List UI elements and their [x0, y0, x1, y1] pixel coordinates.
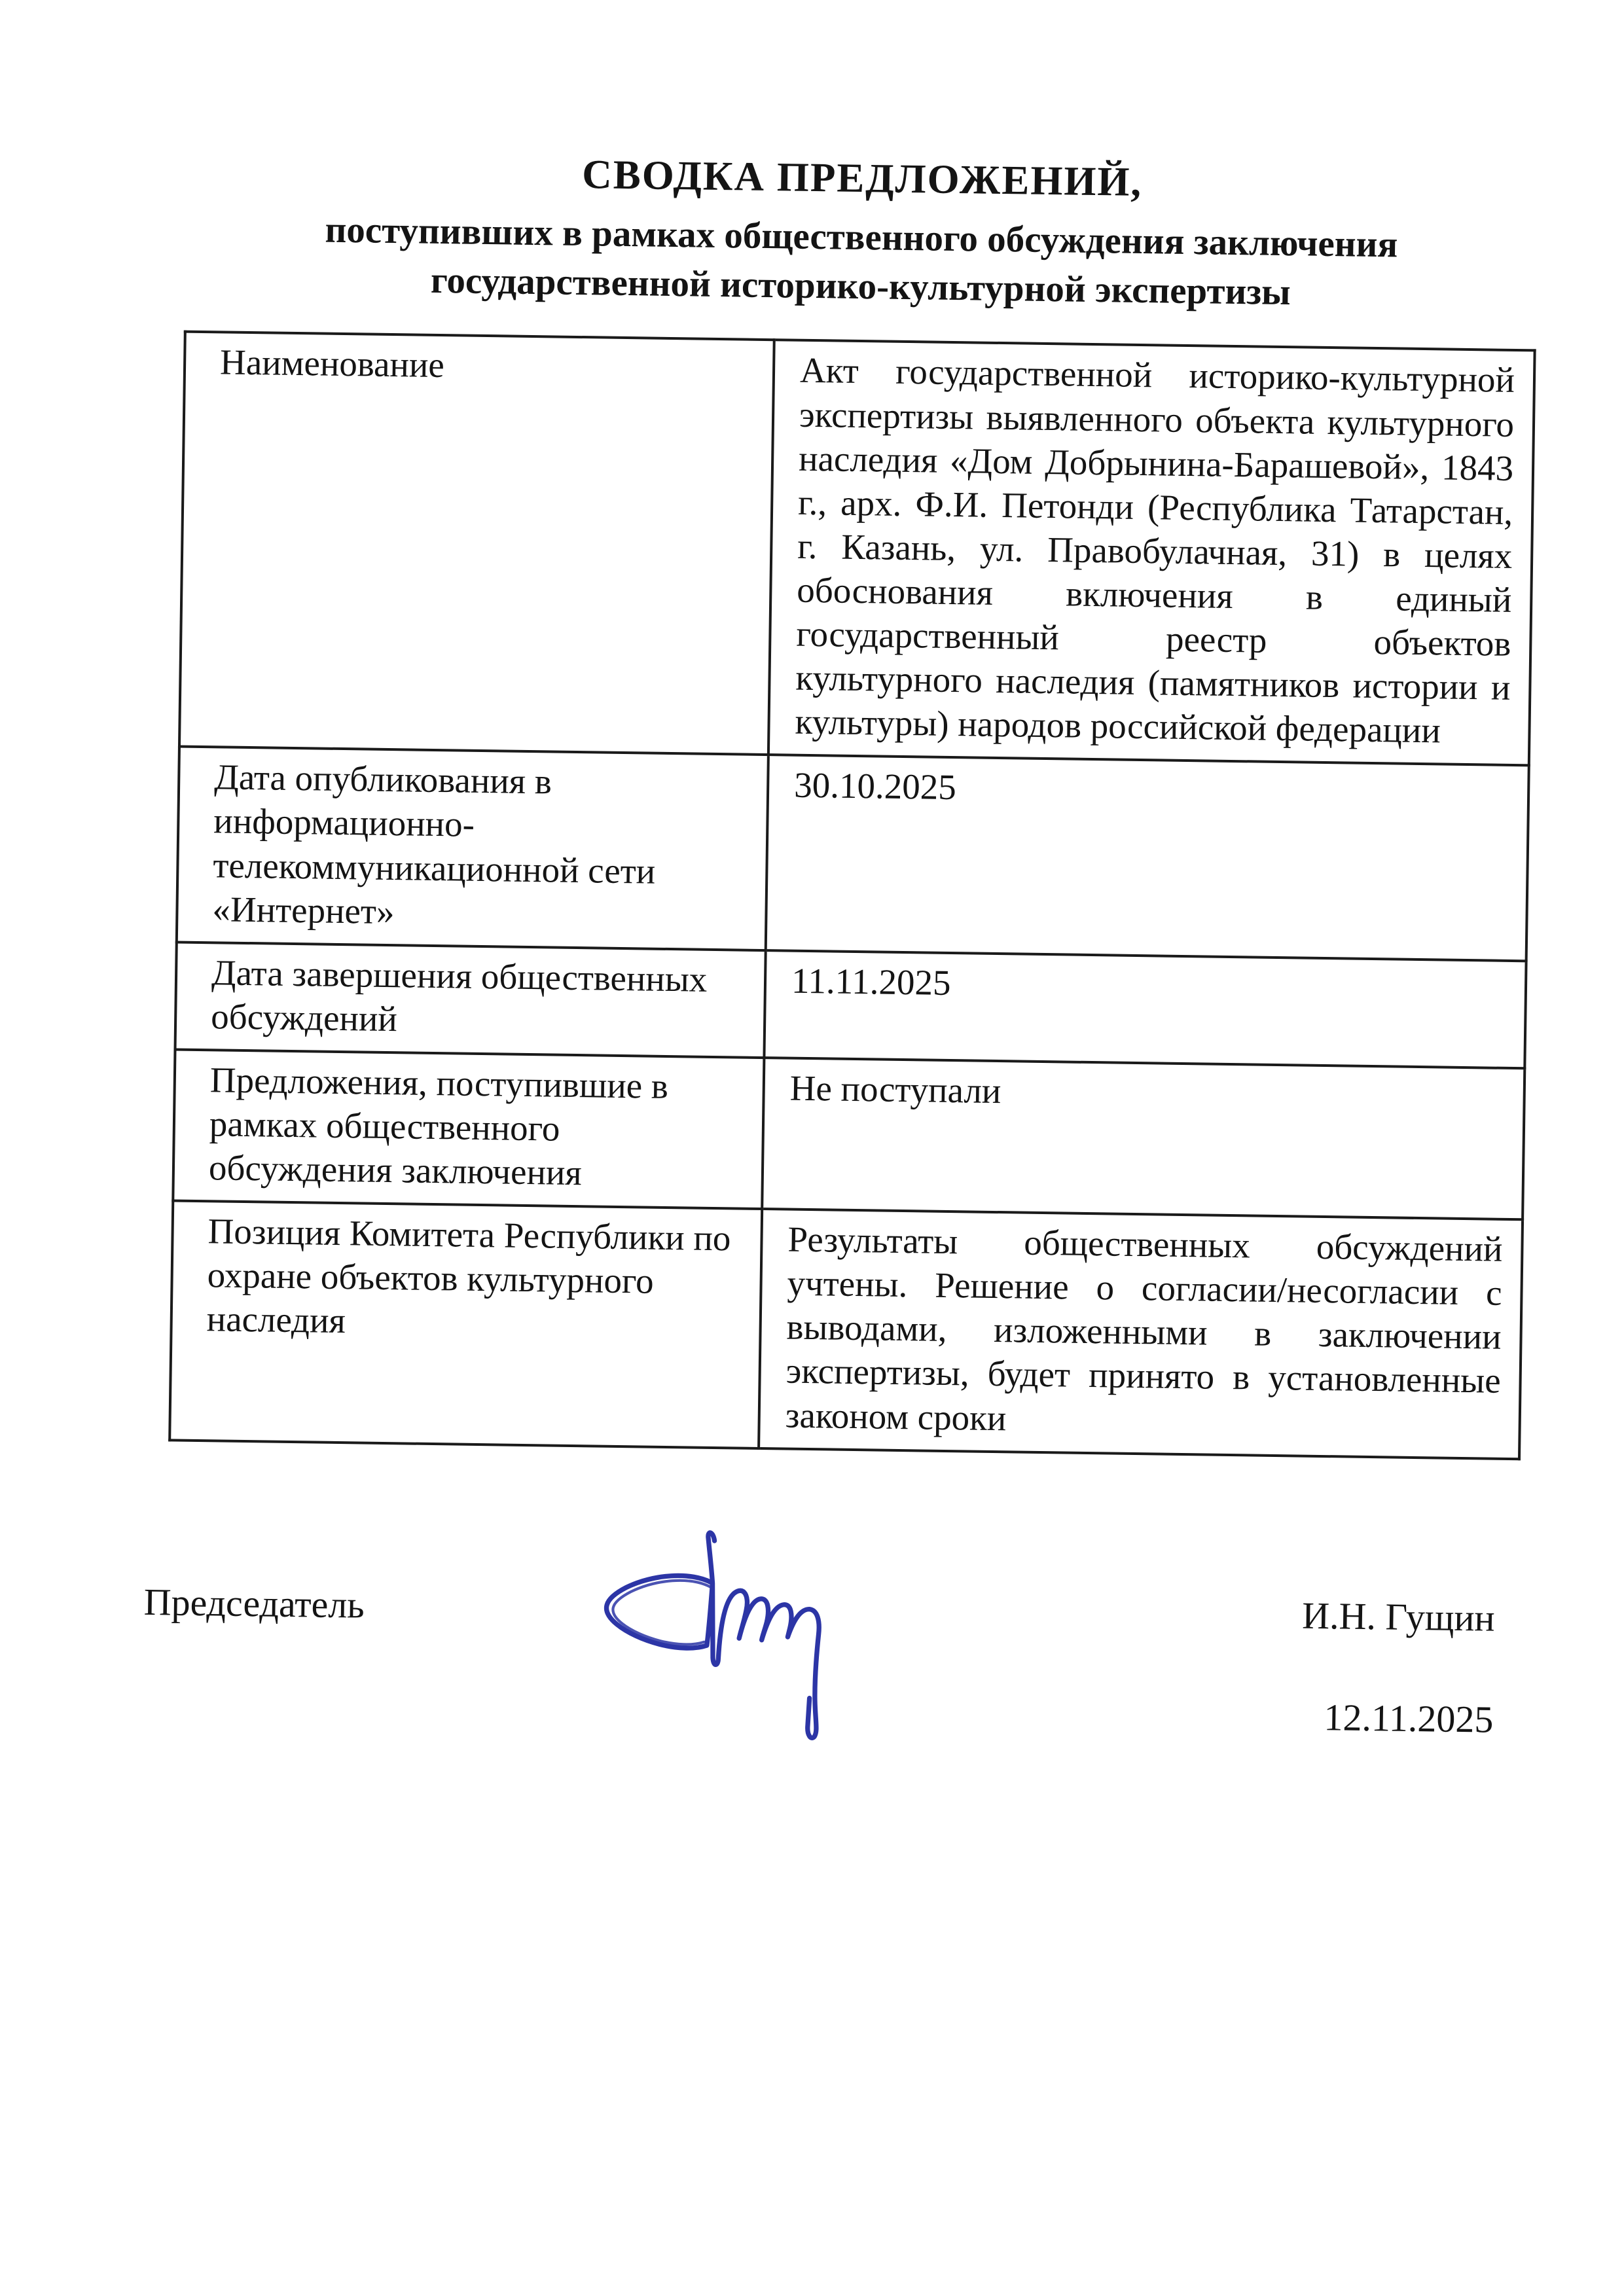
signer-name: И.Н. Гущин — [1302, 1593, 1495, 1640]
row-value: 30.10.2025 — [766, 755, 1529, 961]
table-row-proposals-received: Предложения, поступившие в рамках общест… — [173, 1049, 1525, 1219]
table-row-committee-position: Позиция Комитета Республики по охране об… — [170, 1201, 1523, 1459]
row-label: Наименование — [179, 332, 774, 755]
title-line-1: СВОДКА ПРЕДЛОЖЕНИЙ, — [186, 145, 1539, 212]
signature-right-column: И.Н. Гущин 12.11.2025 — [1301, 1593, 1495, 1741]
signer-role: Председатель — [143, 1580, 365, 1627]
row-label: Дата опубликования в информационно-телек… — [177, 747, 768, 950]
table-row-discussion-end-date: Дата завершения общественных обсуждений … — [175, 942, 1526, 1068]
signature-ink — [570, 1522, 875, 1752]
row-value: Результаты общественных обсуждений учтен… — [759, 1209, 1523, 1459]
table-row-name: Наименование Акт государственной историк… — [179, 332, 1535, 766]
row-label: Позиция Комитета Республики по охране об… — [170, 1201, 762, 1448]
row-value: Не поступали — [762, 1058, 1525, 1219]
document-page: СВОДКА ПРЕДЛОЖЕНИЙ, поступивших в рамках… — [0, 0, 1624, 2296]
row-value: 11.11.2025 — [764, 950, 1526, 1068]
row-label: Предложения, поступившие в рамках общест… — [173, 1049, 764, 1209]
signature-date: 12.11.2025 — [1301, 1695, 1494, 1741]
row-value: Акт государственной историко-культурной … — [768, 340, 1535, 766]
document-title: СВОДКА ПРЕДЛОЖЕНИЙ, поступивших в рамках… — [184, 145, 1538, 321]
proposals-summary-table: Наименование Акт государственной историк… — [168, 331, 1536, 1460]
table-row-publication-date: Дата опубликования в информационно-телек… — [177, 747, 1529, 961]
row-label: Дата завершения общественных обсуждений — [175, 942, 766, 1058]
scanned-sheet: СВОДКА ПРЕДЛОЖЕНИЙ, поступивших в рамках… — [162, 0, 1541, 1873]
signature-block: Председатель И.Н. Гущин 12.11.2025 — [162, 1546, 1519, 1873]
signature-stroke — [605, 1531, 820, 1738]
